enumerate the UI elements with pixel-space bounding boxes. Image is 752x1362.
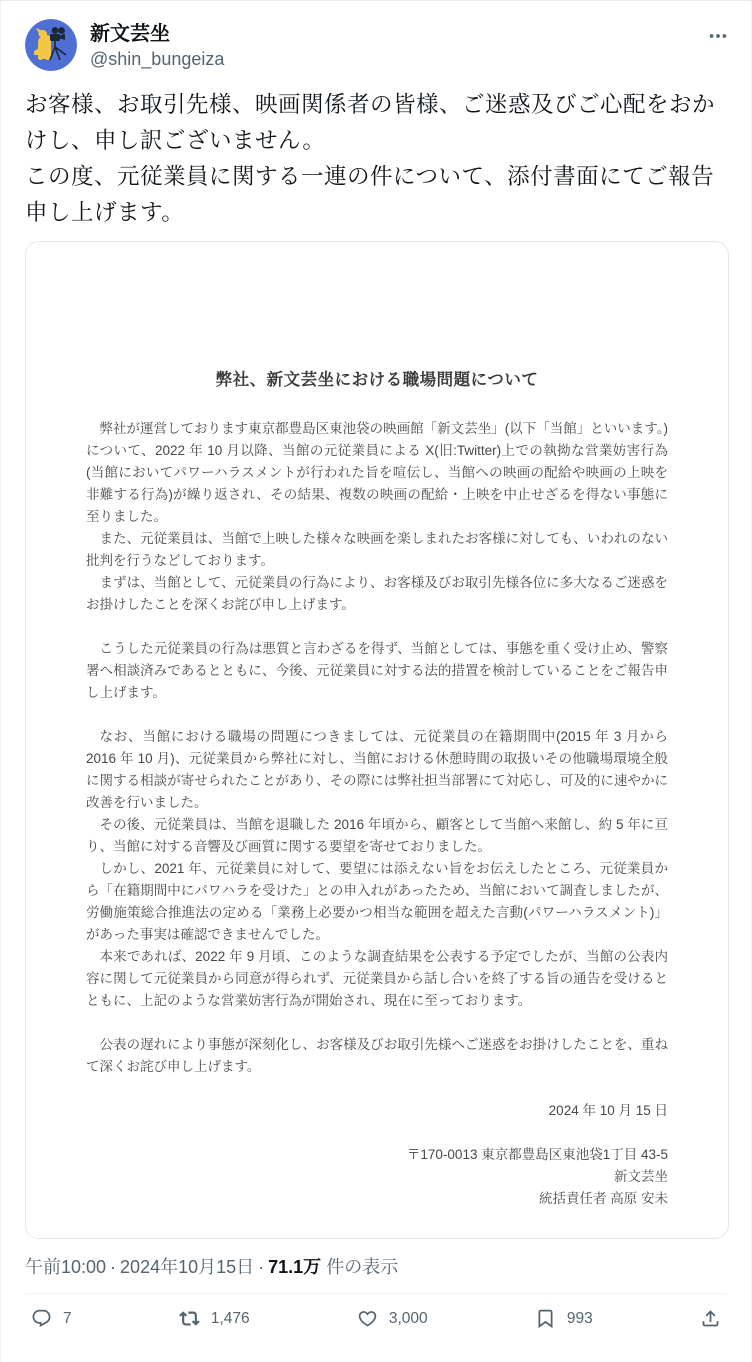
document-paragraph: なお、当館における職場の問題につきましては、元従業員の在籍期間中(2015 年 … <box>86 726 668 814</box>
tweet-header: 新文芸坐 @shin_bungeiza <box>25 19 727 71</box>
meta-separator: · <box>254 1257 268 1277</box>
tweet-date: 2024年10月15日 <box>120 1257 254 1277</box>
document-title: 弊社、新文芸坐における職場問題について <box>86 366 668 390</box>
tweet-time: 午前10:00 <box>25 1257 106 1277</box>
document-address: 〒170-0013 東京都豊島区東池袋1丁目 43-5 <box>86 1144 668 1166</box>
user-handle[interactable]: @shin_bungeiza <box>90 47 224 71</box>
like-count: 3,000 <box>389 1308 428 1329</box>
bookmark-count: 993 <box>567 1308 593 1329</box>
document-paragraph: 本来であれば、2022 年 9 月頃、このような調査結果を公表する予定でしたが、… <box>86 946 668 1012</box>
dog-with-movie-camera-avatar <box>25 19 77 71</box>
views-label: 件の表示 <box>326 1257 398 1277</box>
repost-arrows-icon <box>179 1308 200 1329</box>
document-paragraph: 公表の遅れにより事態が深刻化し、お客様及びお取引先様へご迷惑をお掛けしたことを、… <box>86 1034 668 1078</box>
document-paragraph: しかし、2021 年、元従業員に対して、要望には添えない旨をお伝えしたところ、元… <box>86 858 668 946</box>
identity-block: 新文芸坐 @shin_bungeiza <box>90 19 224 71</box>
more-menu-button[interactable] <box>707 25 729 47</box>
tweet-detail-page: 新文芸坐 @shin_bungeiza お客様、お取引先様、映画関係者の皆様、ご… <box>0 0 752 1362</box>
like-button[interactable]: 3,000 <box>357 1308 428 1329</box>
document-company: 新文芸坐 <box>86 1166 668 1188</box>
document-signer: 統括責任者 高原 安未 <box>86 1188 668 1210</box>
document-paragraph: まずは、当館として、元従業員の行為により、お客様及びお取引先様各位に多大なるご迷… <box>86 572 668 616</box>
tweet-meta-row: 午前10:00·2024年10月15日·71.1万 件の表示 <box>25 1255 727 1279</box>
views-count: 71.1万 <box>268 1257 321 1277</box>
share-button[interactable] <box>700 1308 721 1329</box>
bookmark-icon <box>535 1308 556 1329</box>
document-signature-block: 〒170-0013 東京都豊島区東池袋1丁目 43-5 新文芸坐 統括責任者 高… <box>86 1144 668 1210</box>
document-paragraph: その後、元従業員は、当館を退職した 2016 年頃から、顧客として当館へ来館し、… <box>86 814 668 858</box>
repost-button[interactable]: 1,476 <box>179 1308 250 1329</box>
document-paragraph: 弊社が運営しております東京都豊島区東池袋の映画館「新文芸坐」(以下「当館」といい… <box>86 418 668 528</box>
repost-count: 1,476 <box>211 1308 250 1329</box>
reply-count: 7 <box>63 1308 72 1329</box>
tweet-text-line: この度、元従業員に関する一連の件について、添付書面にてご報告申し上げます。 <box>25 159 727 231</box>
meta-separator: · <box>106 1257 120 1277</box>
tweet-text-line: お客様、お取引先様、映画関係者の皆様、ご迷惑及びご心配をおかけし、申し訳ございま… <box>25 87 727 159</box>
more-horizontal-icon <box>707 25 729 47</box>
display-name[interactable]: 新文芸坐 <box>90 22 224 46</box>
tweet-text: お客様、お取引先様、映画関係者の皆様、ご迷惑及びご心配をおかけし、申し訳ございま… <box>25 87 727 231</box>
action-bar: 7 1,476 3,000 993 <box>25 1294 727 1342</box>
reply-button[interactable]: 7 <box>31 1308 72 1329</box>
document-date: 2024 年 10 月 15 日 <box>86 1100 668 1122</box>
document-paragraph: こうした元従業員の行為は悪質と言わざるを得ず、当館としては、事態を重く受け止め、… <box>86 638 668 704</box>
heart-icon <box>357 1308 378 1329</box>
avatar[interactable] <box>25 19 77 71</box>
reply-bubble-icon <box>31 1308 52 1329</box>
document-paragraph: また、元従業員は、当館で上映した様々な映画を楽しまれたお客様に対しても、いわれの… <box>86 528 668 572</box>
bookmark-button[interactable]: 993 <box>535 1308 593 1329</box>
share-upload-icon <box>700 1308 721 1329</box>
attached-document-image[interactable]: 弊社、新文芸坐における職場問題について 弊社が運営しております東京都豊島区東池袋… <box>25 241 729 1239</box>
